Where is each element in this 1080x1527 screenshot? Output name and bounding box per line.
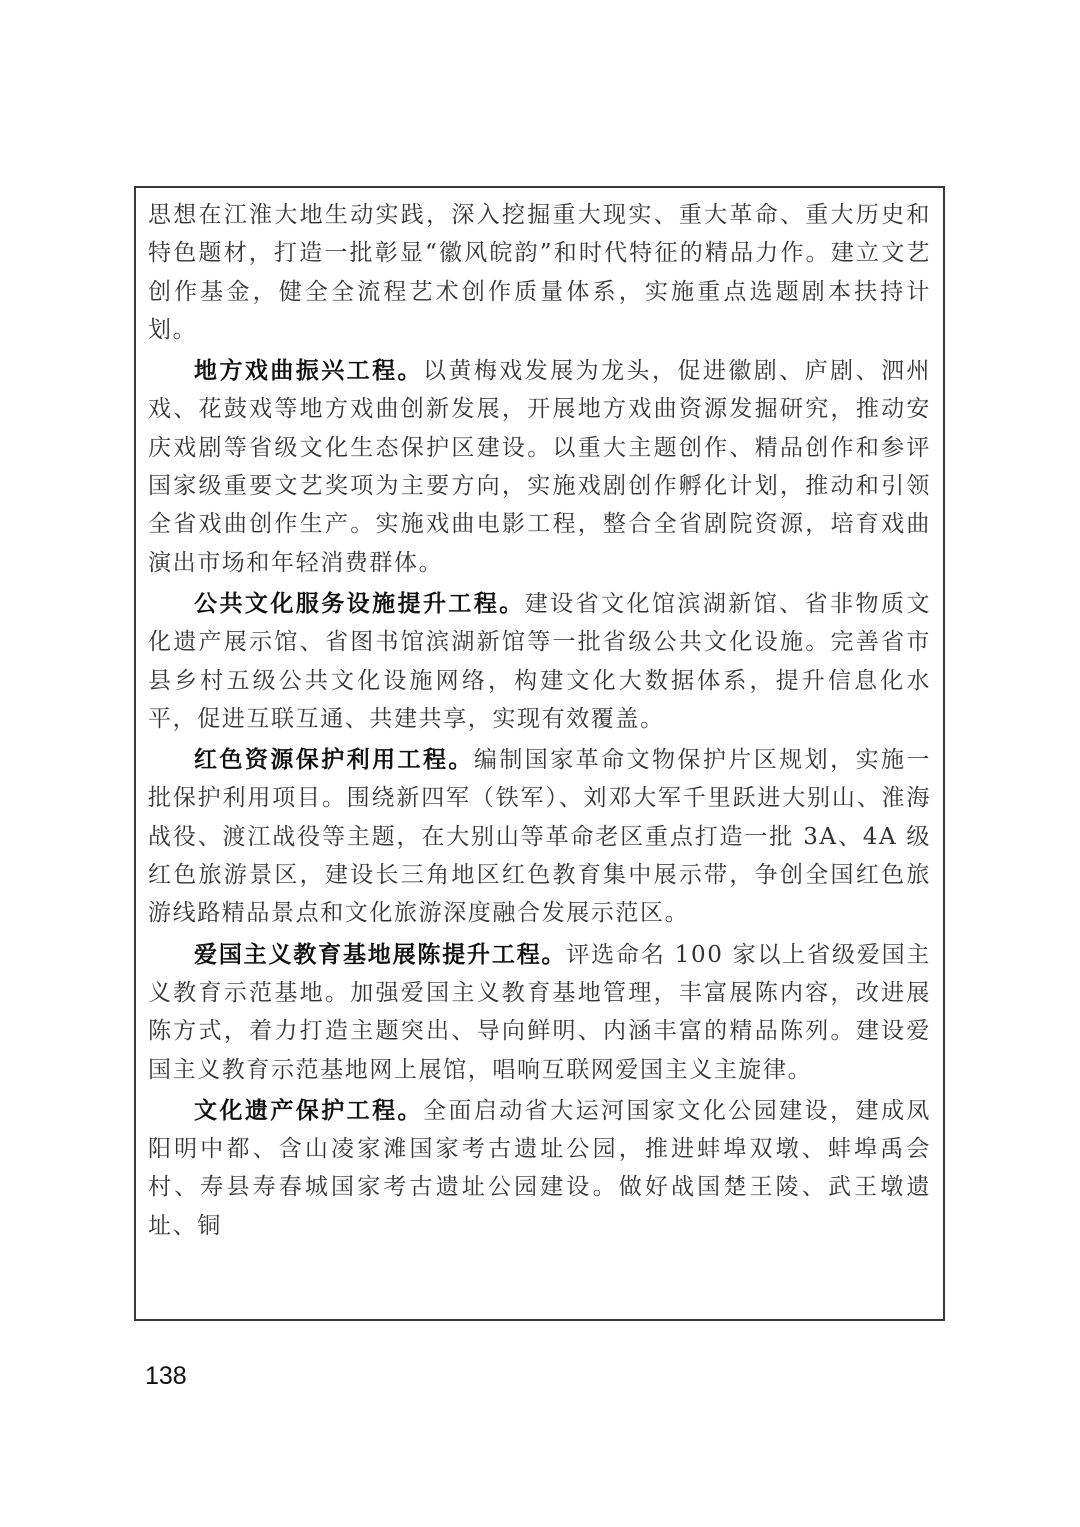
paragraph-local-opera: 地方戏曲振兴工程。以黄梅戏发展为龙头，促进徽剧、庐剧、泗州戏、花鼓戏等地方戏曲创…: [148, 352, 931, 582]
paragraph-lead: 爱国主义教育基地展陈提升工程。: [194, 941, 566, 968]
paragraph-lead: 文化遗产保护工程。: [194, 1097, 423, 1124]
page-number: 138: [145, 1362, 187, 1391]
paragraph-lead: 地方戏曲振兴工程。: [194, 357, 423, 384]
paragraph-patriotic-education: 爱国主义教育基地展陈提升工程。评选命名 100 家以上省级爱国主义教育示范基地。…: [148, 936, 931, 1089]
text-box: 思想在江淮大地生动实践，深入挖掘重大现实、重大革命、重大历史和特色题材，打造一批…: [134, 186, 945, 1321]
paragraph-continuation: 思想在江淮大地生动实践，深入挖掘重大现实、重大革命、重大历史和特色题材，打造一批…: [148, 196, 931, 349]
paragraph-body: 以黄梅戏发展为龙头，促进徽剧、庐剧、泗州戏、花鼓戏等地方戏曲创新发展，开展地方戏…: [148, 358, 931, 575]
paragraph-lead: 红色资源保护利用工程。: [194, 746, 474, 773]
paragraph-body: 编制国家革命文物保护片区规划，实施一批保护利用项目。围绕新四军（铁军）、刘邓大军…: [148, 747, 931, 926]
paragraph-red-resources: 红色资源保护利用工程。编制国家革命文物保护片区规划，实施一批保护利用项目。围绕新…: [148, 741, 931, 932]
paragraph-cultural-heritage: 文化遗产保护工程。全面启动省大运河国家文化公园建设，建成凤阳明中都、含山凌家滩国…: [148, 1092, 931, 1245]
paragraph-public-culture: 公共文化服务设施提升工程。建设省文化馆滨湖新馆、省非物质文化遗产展示馆、省图书馆…: [148, 585, 931, 738]
paragraph-body: 思想在江淮大地生动实践，深入挖掘重大现实、重大革命、重大历史和特色题材，打造一批…: [148, 202, 931, 343]
paragraph-lead: 公共文化服务设施提升工程。: [194, 590, 525, 617]
